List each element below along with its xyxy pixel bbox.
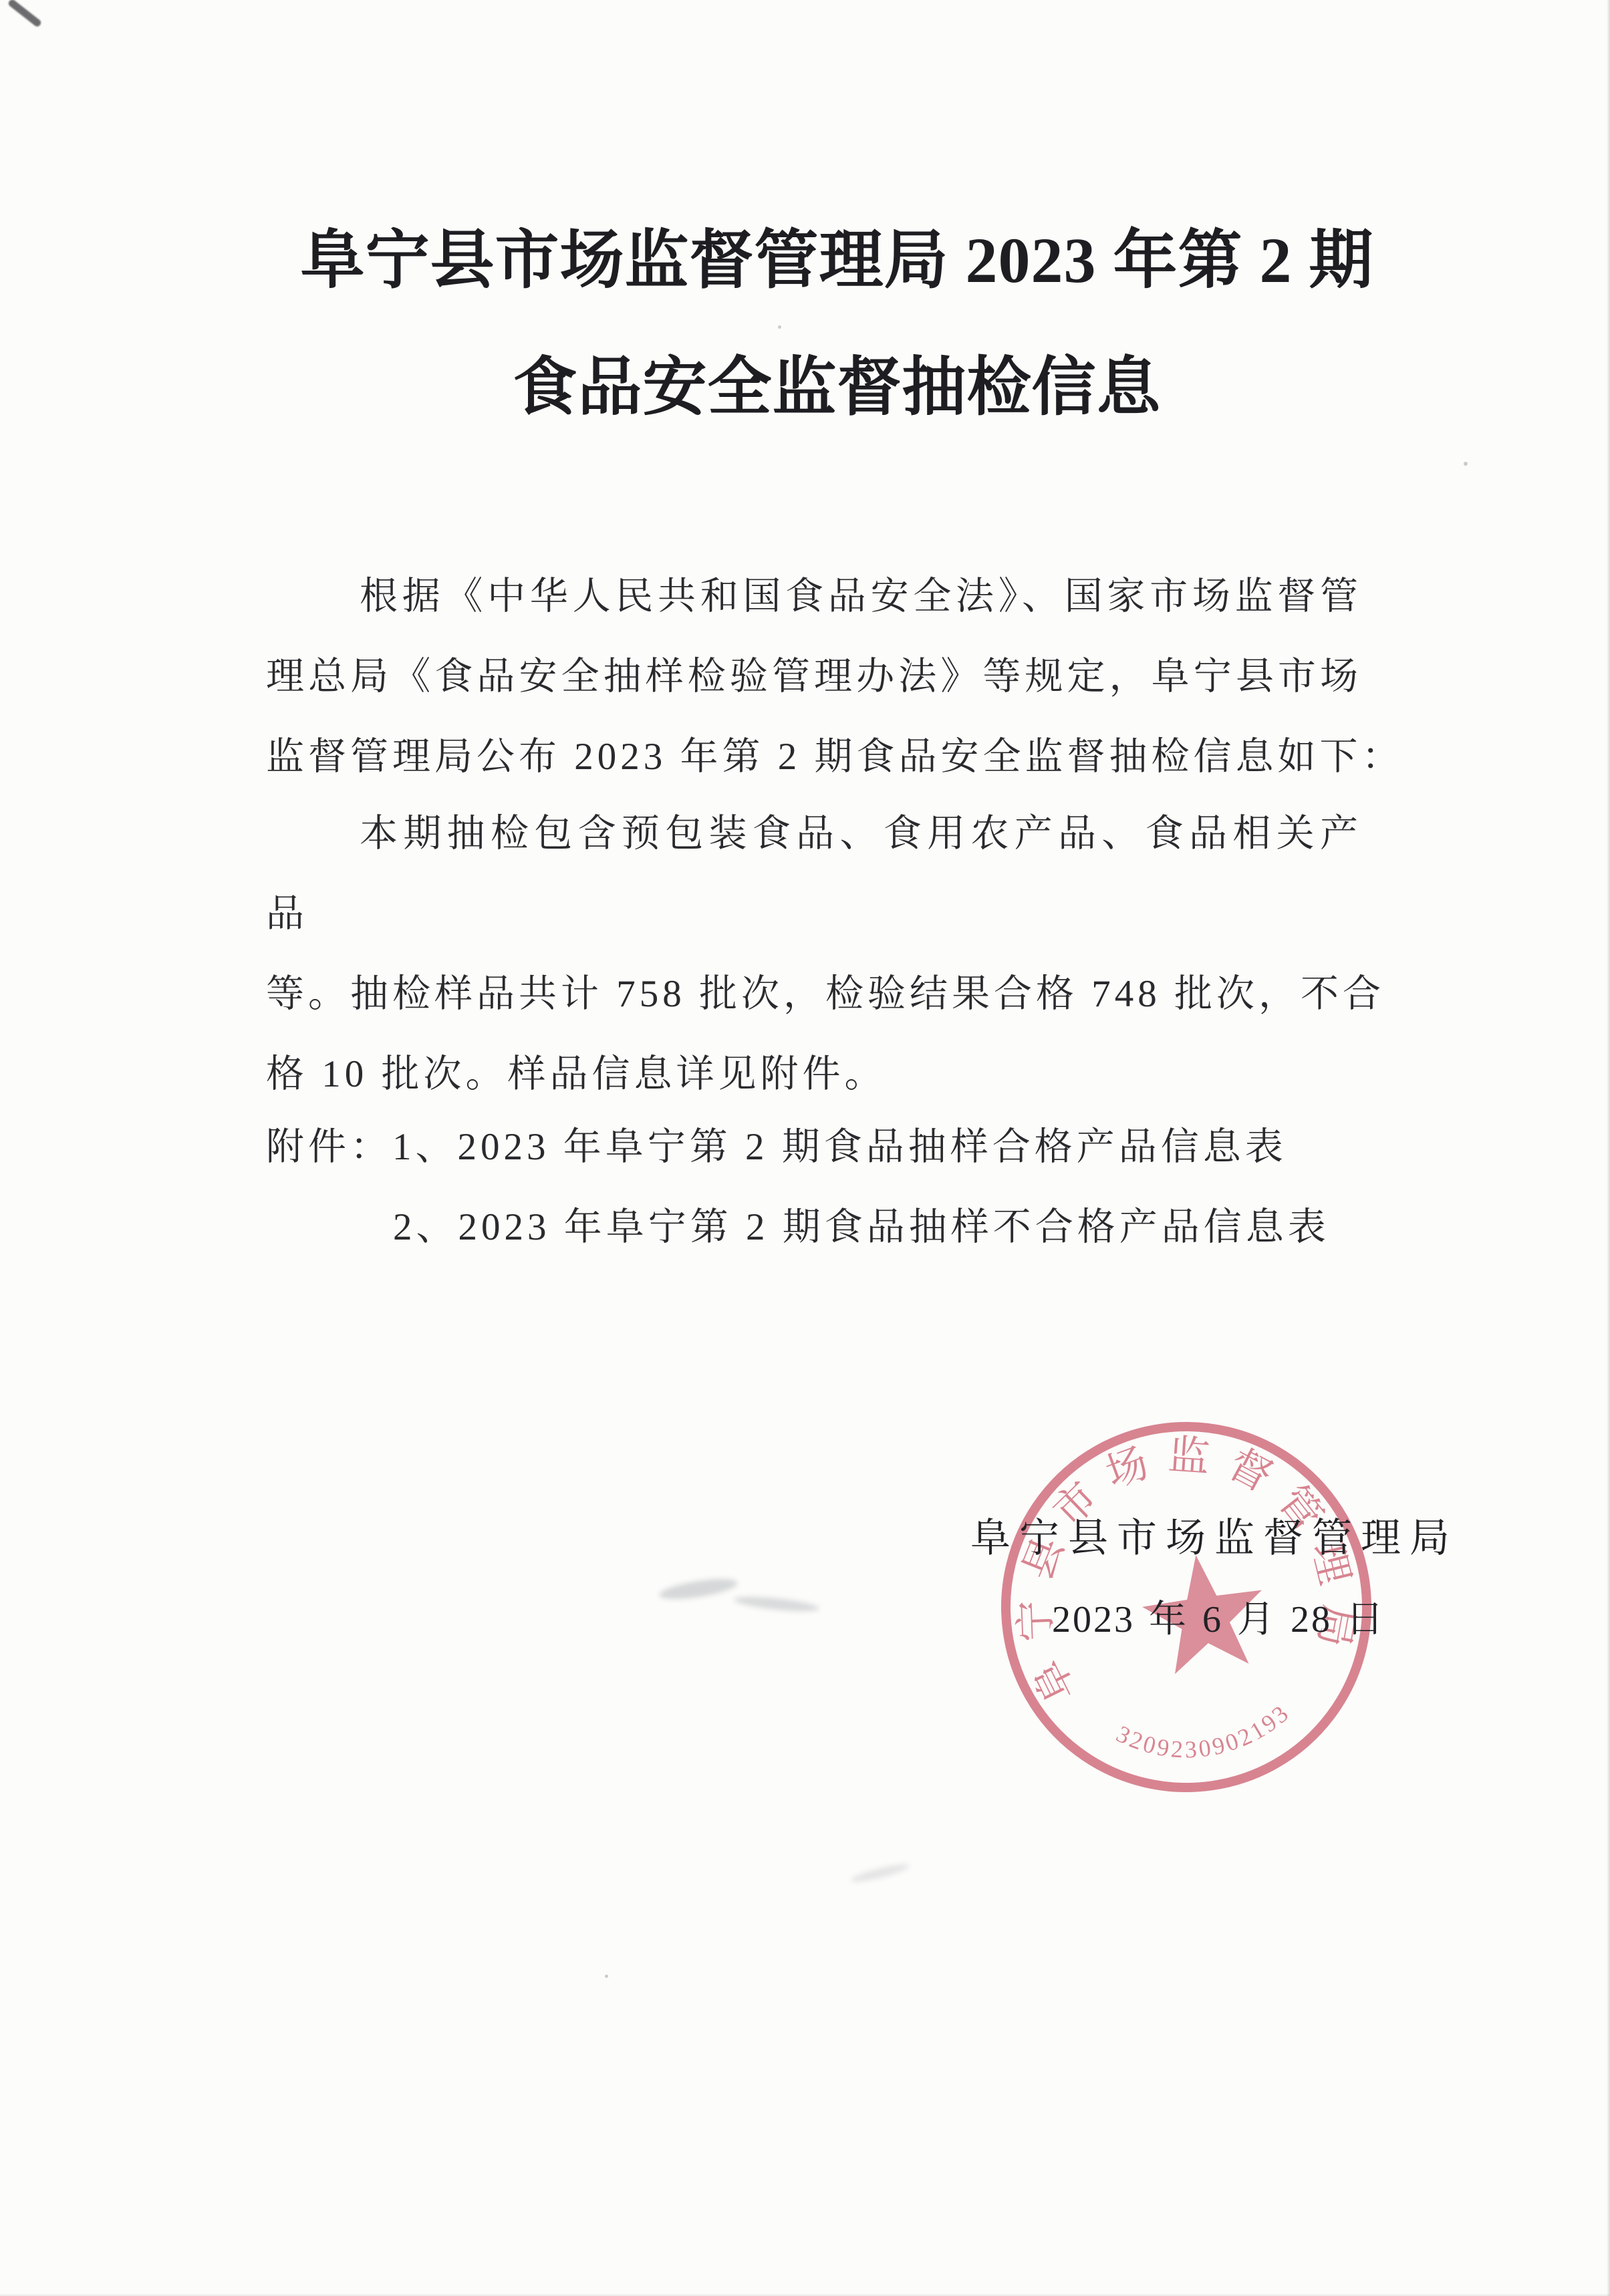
- signature-line: 阜宁县市场监督管理局: [970, 1518, 1458, 1558]
- document-title-line-1: 阜宁县市场监督管理局 2023 年第 2 期: [32, 225, 1610, 297]
- scan-smudge: [850, 1861, 911, 1884]
- scan-speck: [1033, 763, 1035, 766]
- paragraph-1-line-2: 理总局《食品安全抽样检验管理办法》等规定，阜宁县市场: [266, 637, 1362, 717]
- scan-smudge: [733, 1594, 819, 1614]
- scan-artifact-mark: [7, 0, 42, 28]
- scan-smudge: [658, 1575, 739, 1603]
- paragraph-sampling-results: 本期抽检包含预包装食品、食用农产品、食品相关产品 等。抽检样品共计 758 批次…: [266, 794, 1362, 1115]
- scan-edge-shadow: [0, 2293, 1610, 2296]
- paragraph-2-line-3: 格 10 批次。样品信息详见附件。: [266, 1034, 1362, 1115]
- scan-speck: [1464, 462, 1468, 466]
- date-line: 2023 年 6 月 28 日: [1052, 1601, 1385, 1638]
- paragraph-1-line-3: 监督管理局公布 2023 年第 2 期食品安全监督抽检信息如下：: [266, 717, 1362, 797]
- paragraph-2-line-1: 本期抽检包含预包装食品、食用农产品、食品相关产品: [266, 794, 1362, 954]
- attachments-block: 附件：1、2023 年阜宁第 2 期食品抽样合格产品信息表 2、2023 年阜宁…: [266, 1107, 1362, 1268]
- attachment-item-2: 2、2023 年阜宁第 2 期食品抽样不合格产品信息表: [393, 1187, 1362, 1268]
- paragraph-1-line-1: 根据《中华人民共和国食品安全法》、国家市场监督管: [266, 557, 1362, 637]
- document-title-line-2: 食品安全监督抽检信息: [32, 351, 1610, 424]
- scan-speck: [778, 325, 781, 329]
- scan-edge-shadow: [1607, 0, 1610, 2296]
- scanned-document-page: 阜宁县市场监督管理局 2023 年第 2 期 食品安全监督抽检信息 根据《中华人…: [0, 0, 1610, 2296]
- attachment-item-1: 附件：1、2023 年阜宁第 2 期食品抽样合格产品信息表: [266, 1107, 1362, 1187]
- paragraph-2-line-2: 等。抽检样品共计 758 批次，检验结果合格 748 批次，不合: [266, 954, 1362, 1034]
- paragraph-legal-basis: 根据《中华人民共和国食品安全法》、国家市场监督管 理总局《食品安全抽样检验管理办…: [266, 557, 1362, 797]
- scan-speck: [605, 1975, 608, 1978]
